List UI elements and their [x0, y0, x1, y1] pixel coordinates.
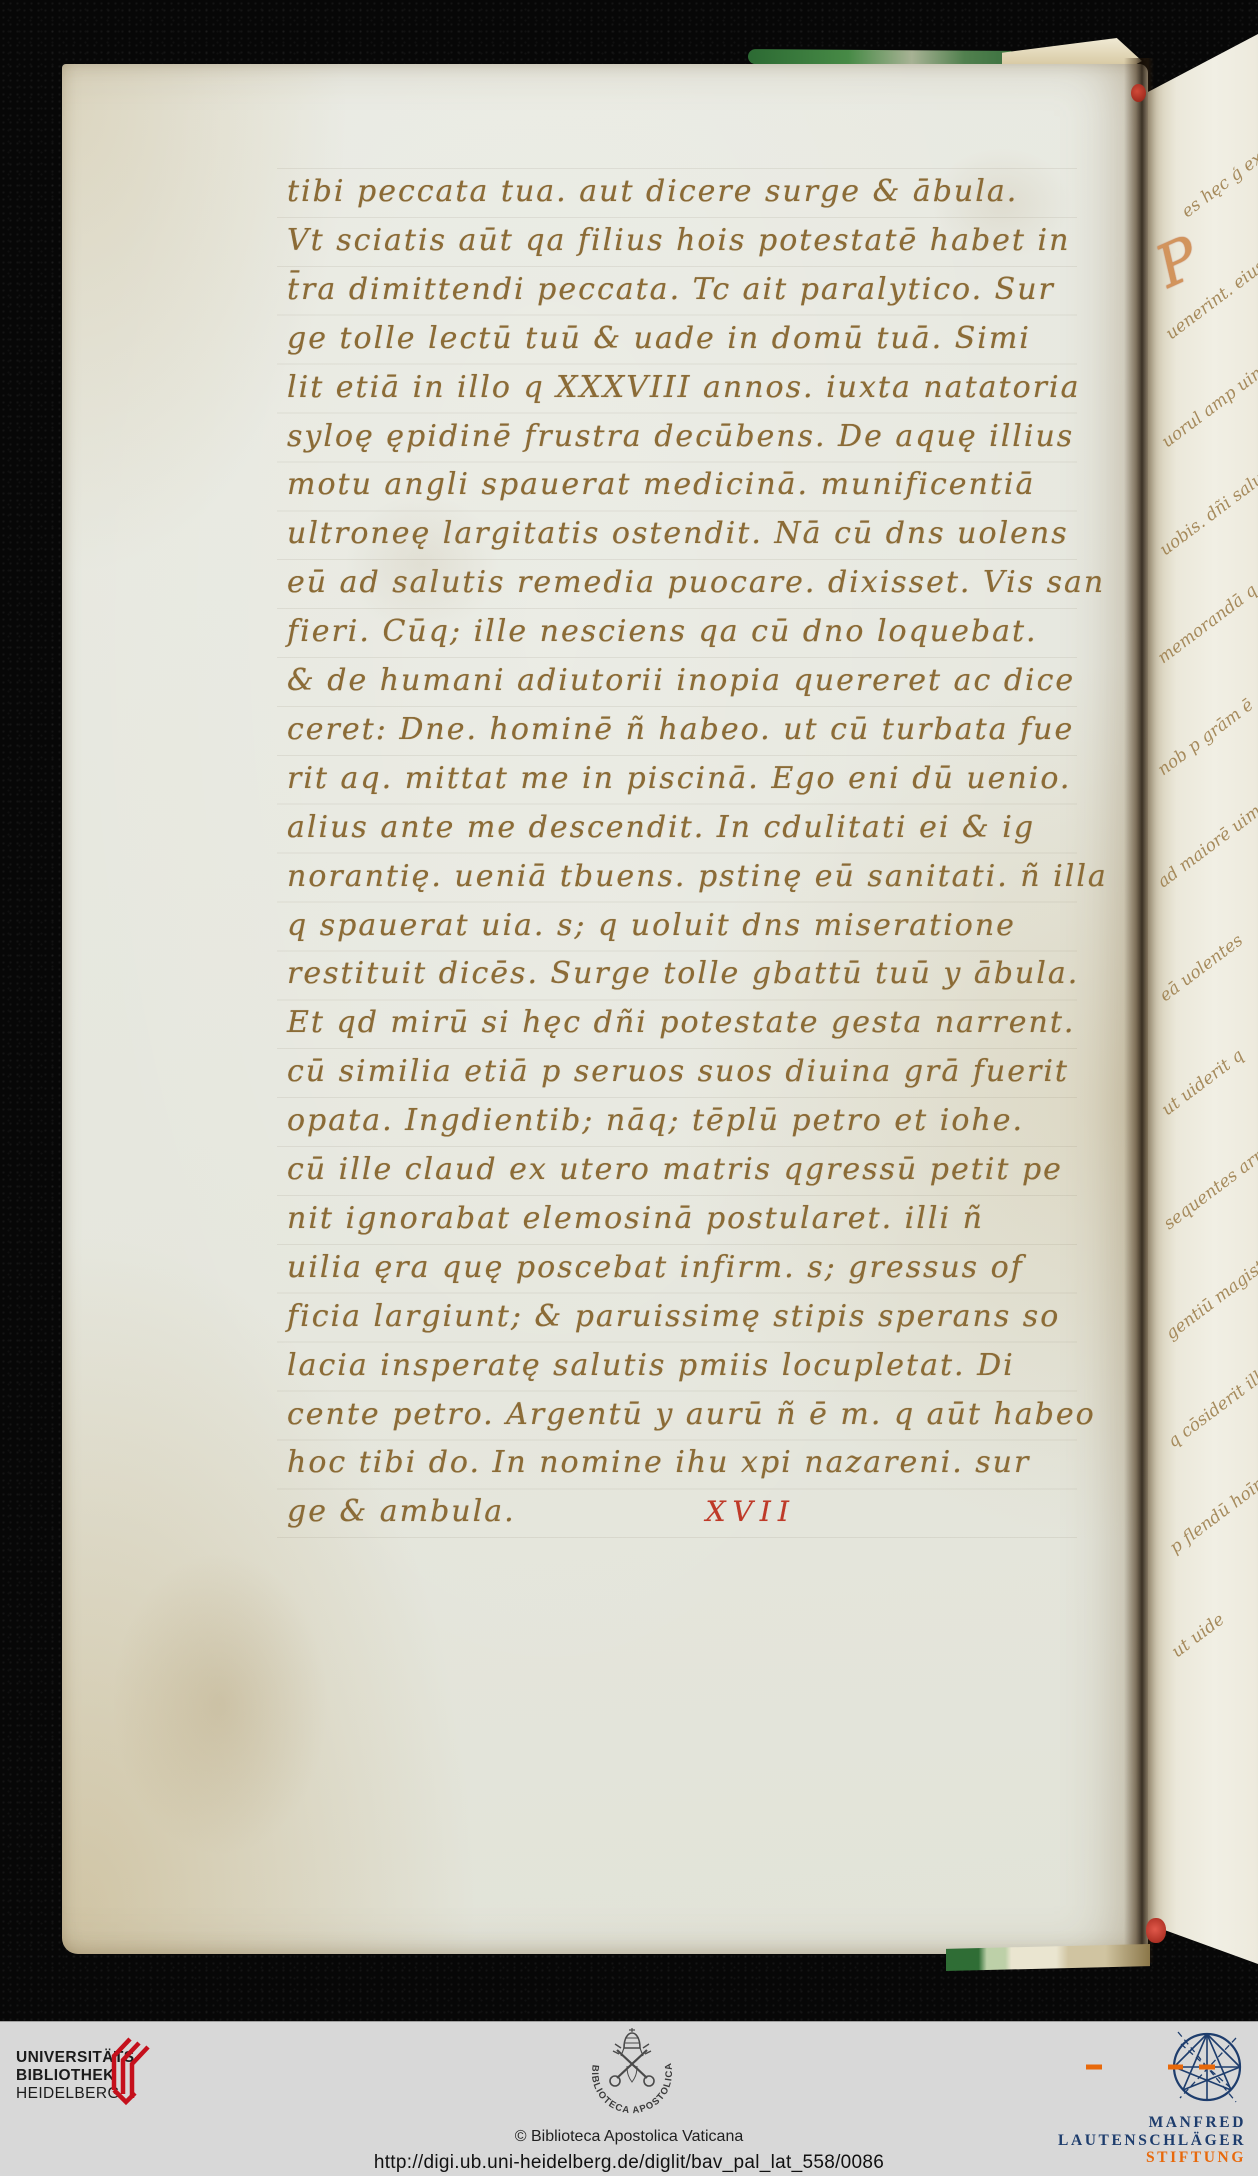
text-line: ceret: Dne. hominē ñ habeo. ut cū turbat…: [287, 712, 1074, 747]
text-line: Vt sciatis aūt qa filius hois potestatē …: [287, 223, 1070, 258]
facing-page-text: uorul amp uim: [1158, 360, 1258, 452]
facing-page-text: ut uiderit q: [1158, 1046, 1248, 1120]
text-line: cū similia etiā p seruos suos diuina grā…: [287, 1054, 1069, 1089]
text-line: syloę ępidinē frustra decūbens. De aquę …: [287, 419, 1074, 454]
facing-page-text: es hęc ģ exēpla quę: [1178, 104, 1258, 222]
facing-page-text: eā uolentes: [1156, 931, 1247, 1006]
text-line: nit ignorabat elemosinā postularet. illi…: [287, 1201, 984, 1236]
text-line: hoc tibi do. In nomine ihu xpi nazareni.…: [287, 1445, 1030, 1480]
text-line: lit etiā in illo q XXXVIII annos. iuxta …: [287, 370, 1080, 405]
ml-line1: MANFRED: [930, 2114, 1246, 2132]
red-sewing-thread-top: [1131, 84, 1146, 102]
facing-page-text: ut uide: [1168, 1610, 1228, 1662]
text-line: cū ille claud ex utero matris qgressū pe…: [287, 1152, 1063, 1187]
ub-heidelberg-logo-icon: [102, 2030, 152, 2108]
text-line-last: ge & ambula.XVII: [287, 1494, 796, 1529]
facing-page-text: memorandā q dē: [1154, 564, 1258, 667]
text-line: ultroneę largitatis ostendit. Nā cū dns …: [287, 516, 1069, 551]
text-line: eū ad salutis remedia puocare. dixisset.…: [287, 565, 1105, 600]
facing-page-text: uobis. dñi salutī: [1156, 461, 1258, 560]
facing-page-text: q cōsiderit illud: [1164, 1355, 1258, 1452]
text-line: fieri. Cūq; ille nesciens qa cū dno loqu…: [287, 614, 1038, 649]
text-line: ficia largiunt; & paruissimę stipis sper…: [287, 1299, 1060, 1334]
facing-page-edge: P es hęc ģ exēpla quę uenerint. eiusdemq…: [1148, 28, 1258, 1980]
text-line: t̄ra dimittendi peccata. Tc ait paralyti…: [287, 272, 1055, 307]
text-line: uilia ęra quę poscebat infirm. s; gressu…: [287, 1250, 1024, 1285]
text-line: motu angli spauerat medicinā. munificent…: [287, 467, 1035, 502]
facing-page-text: gentiū magister: [1162, 1246, 1258, 1344]
text-line: cente petro. Argentū y aurū ñ ē m. q aūt…: [287, 1397, 1096, 1432]
facing-page-text: nob p grām ē: [1154, 695, 1257, 780]
chapter-numeral: XVII: [706, 1495, 796, 1528]
ml-line3: STIFTUNG: [930, 2149, 1246, 2167]
text-line: norantię. ueniā tbuens. pstinę eū sanita…: [287, 859, 1108, 894]
text-line: opata. Ingdientib; nāq; tēplū petro et i…: [287, 1103, 1024, 1138]
text-line: rit aq. mittat me in piscinā. Ego eni dū…: [287, 761, 1071, 796]
ml-stiftung-wordmark: MANFRED LAUTENSCHLÄGER STIFTUNG: [930, 2114, 1246, 2167]
text-line: alius ante me descendit. In cdulitati ei…: [287, 810, 1035, 845]
text-line: ge tolle lectū tuū & uade in domū tuā. S…: [287, 321, 1031, 356]
text-line-last-words: ge & ambula.: [287, 1494, 516, 1529]
vatican-seal-icon: BIBLIOTECA APOSTOLICA VATICANA: [577, 2026, 687, 2126]
text-line: Et qd mirū si hęc dñi potestate gesta na…: [287, 1005, 1075, 1040]
ml-line2: LAUTENSCHLÄGER: [930, 2132, 1246, 2150]
footer-bar: UNIVERSITÄTS- BIBLIOTHEK HEIDELBERG: [0, 2021, 1258, 2176]
scan-photo: tibi peccata tua. aut dicere surge & ābu…: [0, 0, 1258, 2176]
facing-page-text: sequentes arma: [1160, 1135, 1258, 1234]
red-sewing-thread-bottom: [1146, 1918, 1166, 1943]
text-line: & de humani adiutorii inopia quereret ac…: [287, 663, 1075, 698]
text-line: q spauerat uia. s; q uoluit dns miserati…: [287, 908, 1016, 943]
facing-page-text: p flendū hoīm: [1166, 1471, 1258, 1558]
text-line: restituit dicēs. Surge tolle gbattū tuū …: [287, 956, 1079, 991]
manuscript-page: tibi peccata tua. aut dicere surge & ābu…: [62, 64, 1148, 1954]
ml-stiftung-logo-icon: [1082, 2026, 1248, 2112]
text-line: lacia insperatę salutis pmiis locupletat…: [287, 1348, 1015, 1383]
facing-page-text: ad maiorē uim: [1154, 801, 1258, 892]
text-line: tibi peccata tua. aut dicere surge & ābu…: [287, 174, 1018, 209]
facing-page-initial: P: [1148, 223, 1209, 301]
